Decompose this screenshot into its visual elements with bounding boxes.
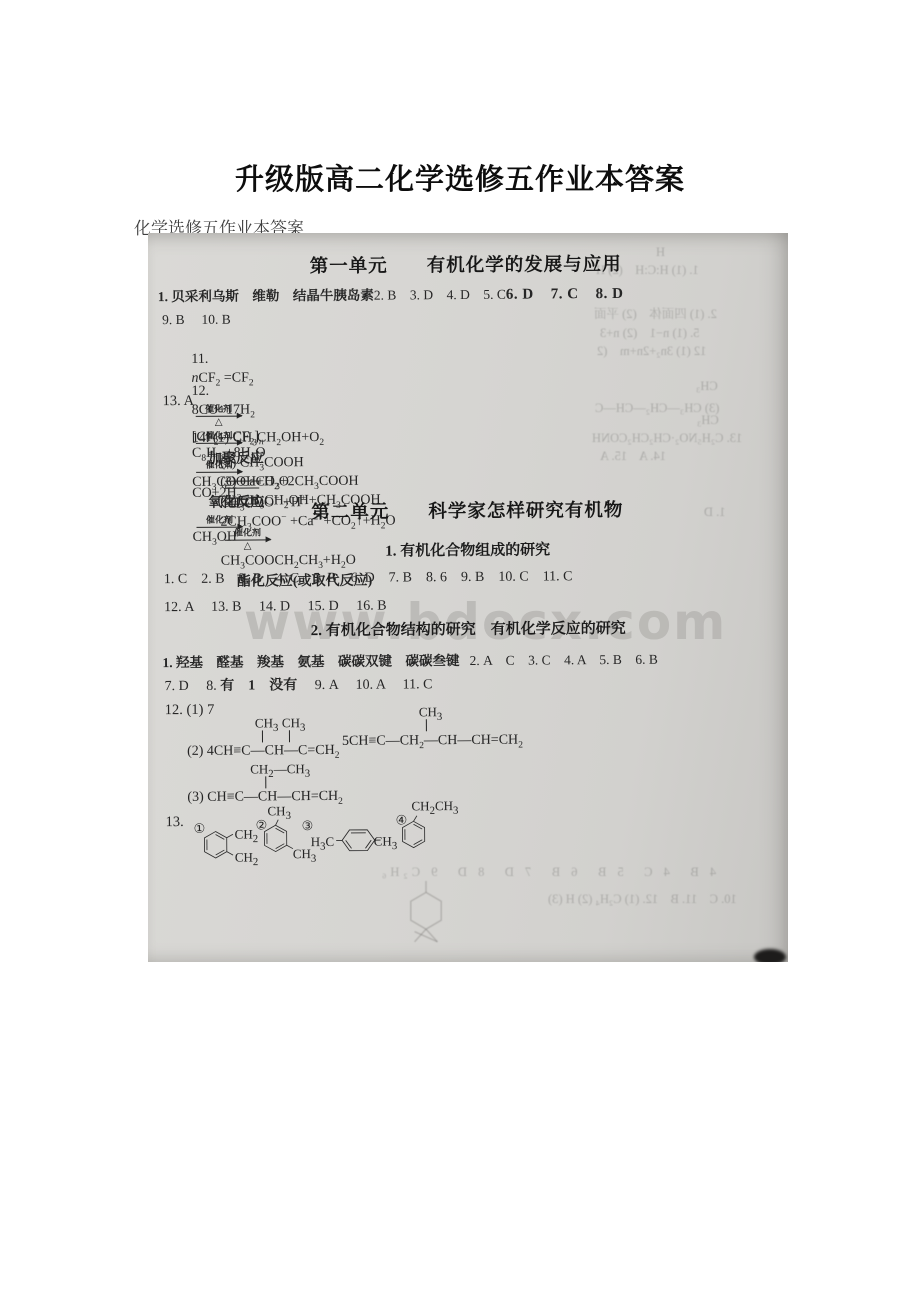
item-label: (3) — [187, 790, 203, 805]
answers-mid: 2. B 3. D 4. D 5. C — [374, 287, 506, 303]
answer-names: 1. 贝采利乌斯 维勒 结晶牛胰岛素 — [158, 288, 374, 305]
answer-13: 13. A — [163, 392, 195, 410]
structure-12-2: (2) 4CH≡C—CH—C=CH2 — [187, 742, 340, 764]
substituent-label: CH3 — [374, 834, 398, 854]
section2-answers-row2: 7. D 8. 有 1 没有 9. A 10. A 11. C — [165, 676, 433, 695]
branch-label: CH2—CH3 — [250, 761, 310, 782]
circled-3: ③ — [302, 818, 314, 834]
scan-artifact-blob — [754, 949, 786, 962]
printed-content: 第一单元 有机化学的发展与应用 1. 贝采利乌斯 维勒 结晶牛胰岛素2. B 3… — [148, 233, 788, 962]
bond-line — [289, 730, 290, 742]
benzene-ring-icon — [262, 818, 294, 854]
section1-answers-row2: 12. A 13. B 14. D 15. D 16. B — [164, 598, 387, 617]
section2-heading: 2. 有机化合物结构的研究 有机化学反应的研究 — [148, 619, 788, 642]
substituent-label: H3C — [311, 834, 335, 854]
section2-answers-row1: 1. 羟基 醛基 羧基 氨基 碳碳双键 碳碳叁键 2. A C 3. C 4. … — [162, 652, 658, 672]
unit1-answers-row2: 9. B 10. B — [162, 312, 231, 329]
answers-part: 7. D 8. — [165, 679, 221, 694]
bond-line — [262, 730, 263, 742]
answers-part: 9. A 10. A 11. C — [297, 677, 432, 693]
benzene-ring-icon — [202, 830, 234, 860]
scanned-page-image[interactable]: H 1. (1) H:C:H (2) H 2. (1) 四面体 (2) 平面 5… — [148, 233, 788, 962]
branch-label: CH3 — [419, 704, 443, 724]
page-title: 升级版高二化学选修五作业本答案 — [0, 157, 920, 198]
section1-answers-row1: 1. C 2. B 3. B 4. C 5. B 6. D 7. B 8. 6 … — [164, 568, 573, 588]
benzene-ring-icon — [400, 814, 432, 850]
substituent-label: CH2 — [235, 849, 259, 869]
answers-bold-part: 有 1 没有 — [220, 678, 297, 694]
unit1-answers-row1: 1. 贝采利乌斯 维勒 结晶牛胰岛素2. B 3. D 4. D 5. C6. … — [158, 285, 624, 307]
section1-heading: 1. 有机化合物组成的研究 — [148, 540, 788, 563]
chain-formula: 4CH≡C—CH—C=CH2 — [207, 743, 340, 759]
bond-line — [426, 719, 427, 731]
arrow-shaft — [225, 539, 271, 540]
branch-label: CH3 — [255, 715, 279, 735]
functional-group-terms: 1. 羟基 醛基 羧基 氨基 碳碳双键 碳碳叁键 — [162, 653, 459, 670]
unit1-heading: 第一单元 有机化学的发展与应用 — [148, 253, 786, 281]
answers-end: 6. D 7. C 8. D — [506, 286, 624, 303]
item-label: (2) — [187, 744, 203, 759]
branch-label: CH3 — [282, 715, 306, 735]
structure-12-3: (3) CH≡C—CH—CH=CH2 — [187, 788, 343, 810]
q12-number: 12. — [192, 384, 210, 399]
structure-12-2b: 5CH≡C—CH2—CH—CH=CH2 — [342, 732, 523, 754]
answers-rest: 2. A C 3. C 4. A 5. B 6. B — [459, 652, 658, 668]
answer-13-label: 13. — [165, 813, 183, 831]
page: 升级版高二化学选修五作业本答案 化学选修五作业本答案 H 1. (1) H:C:… — [0, 0, 920, 1302]
equation-14-4: (4) CH3CH2OH+CH3COOH 催化剂 △ CH3COOCH2CH3+… — [191, 473, 381, 610]
unit2-heading: 第二单元 科学家怎样研究有机物 — [148, 499, 787, 527]
bond-line — [265, 776, 266, 788]
answer-12-1: 12. (1) 7 — [165, 701, 215, 719]
catalyst-label: 催化剂 — [234, 528, 261, 537]
